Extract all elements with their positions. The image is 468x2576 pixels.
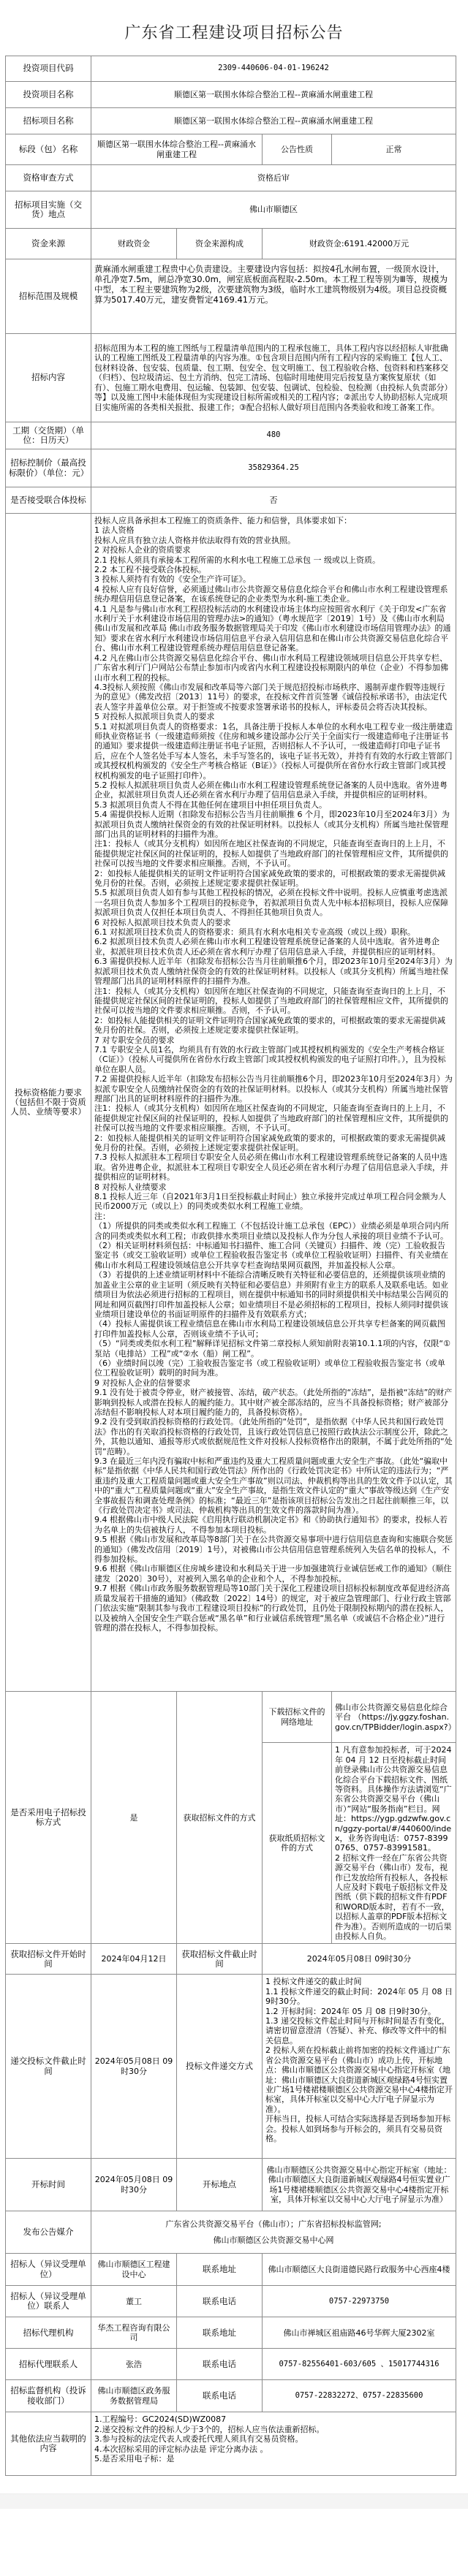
media-value: 广东省公共资源交易平台（佛山市）；广东省招标投标监管网; 佛山市顺德区公共资源交… bbox=[91, 2211, 456, 2254]
agency-value: 华杰工程咨询有限公司 bbox=[91, 2317, 177, 2349]
opening-place-value: 佛山市顺德区公共资源交易中心指定开标室（地址：佛山市顺德区大良街道新城区观绿路4… bbox=[263, 2159, 456, 2211]
tenderer-label: 招标人（异议受理单位） bbox=[6, 2254, 91, 2286]
media-line-2: 佛山市顺德区公共资源交易中心网 bbox=[94, 2235, 453, 2245]
row-opening: 开标时间 2024年05月08日 09时30分 开标地点 佛山市顺德区公共资源交… bbox=[6, 2159, 456, 2211]
submit-deadline-value: 2024年05月08日 09时30分 bbox=[91, 1975, 177, 2159]
notice-nature-label: 公告性质 bbox=[263, 134, 332, 165]
row-consortium: 是否接受联合体投标 否 bbox=[6, 487, 456, 514]
notice-page: 广东省工程建设项目招标公告 投资项目代码 2309-440606-04-01-1… bbox=[0, 0, 468, 2538]
label: 资金来源 bbox=[6, 229, 91, 259]
location-value: 佛山市顺德区 bbox=[91, 191, 456, 229]
scope-value: 黄麻涌水闸重建工程贵中心负责建设。主要建设内容包括：拟按4孔水闸布置，一级顶水设… bbox=[91, 259, 456, 334]
label: 投资项目名称 bbox=[6, 82, 91, 108]
paper-method-label: 获取纸质招标文件的方式 bbox=[263, 1743, 332, 1944]
row-fund-source: 资金来源 财政资金 资金来源构成 财政资金:6191.42000万元 bbox=[6, 229, 456, 259]
qualification-review-value: 资格后审 bbox=[91, 165, 456, 191]
obtain-start-label: 获取招标文件开始时间 bbox=[6, 1944, 91, 1975]
row-agency-contact: 招标代理联系人 张浩 联系电话 0757-82556401-603/605 、1… bbox=[6, 2349, 456, 2380]
agency-addr-value: 佛山市禅城区祖庙路46号华辉大厦2302室 bbox=[263, 2317, 456, 2349]
row-tenderer-contact: 招标人（异议受理单位）联系人 董工 联系电话 0757-22973750 bbox=[6, 2286, 456, 2317]
submit-deadline-label: 递交投标文件截止时间 bbox=[6, 1975, 91, 2159]
tenderer-contact-label: 招标人（异议受理单位）联系人 bbox=[6, 2286, 91, 2317]
submit-method-value: 1 投标文件递交的截止时间 1.1 投标文件递交的截止时间：2024年 05 月… bbox=[263, 1975, 456, 2159]
row-duration: 工期（交货期）（单位：日历天） 480 bbox=[6, 422, 456, 449]
content-value: 招标范围为本工程的施工图纸与工程量清单范围内的工程承包施工，具体工程内容以经招标… bbox=[91, 334, 456, 422]
tender-project-name-value: 顺德区第一联围水体综合整治工程--黄麻涌水闸重建工程 bbox=[91, 108, 456, 134]
other-value: 1.工程编号：GC2024(SD)WZ0087 2.递交投标文件的投标人少于3个… bbox=[91, 2412, 456, 2476]
label: 标段（包）名称 bbox=[6, 134, 91, 165]
electronic-value: 是 bbox=[91, 1692, 177, 1944]
paper-method-value: 1 凡有意参加投标者，可于2024年 04 月 12 日至投标截止时间前登录佛山… bbox=[332, 1743, 456, 1944]
row-electronic-download: 是否采用电子招标投标方式 是 获取招标文件的方式 下载招标文件的网络地址 佛山市… bbox=[6, 1692, 456, 1743]
opening-time-value: 2024年05月08日 09时30分 bbox=[91, 2159, 177, 2211]
label: 投标资格能力要求（包括但不限于资质人员、业绩等要求） bbox=[6, 514, 91, 1692]
row-project-code: 投资项目代码 2309-440606-04-01-196242 bbox=[6, 56, 456, 82]
tenderer-phone-label: 联系电话 bbox=[177, 2286, 263, 2317]
electronic-label: 是否采用电子招标投标方式 bbox=[6, 1692, 91, 1944]
label: 招标范围及规模 bbox=[6, 259, 91, 334]
fund-composition-label: 资金来源构成 bbox=[177, 229, 263, 259]
tenderer-value: 佛山市顺德区工程建设中心 bbox=[91, 2254, 177, 2286]
label: 招标内容 bbox=[6, 334, 91, 422]
fund-source-value: 财政资金 bbox=[91, 229, 177, 259]
project-code-value: 2309-440606-04-01-196242 bbox=[91, 56, 456, 82]
supervisor-label: 招标监督机构（投诉接收部门） bbox=[6, 2380, 91, 2412]
label: 资格审查方式 bbox=[6, 165, 91, 191]
tenderer-phone-value: 0757-22973750 bbox=[263, 2286, 456, 2317]
qualification-value: 投标人应具备承担本工程施工的资质条件、能力和信誉，具体要求如下： 1 法人资格 … bbox=[91, 514, 456, 1692]
obtain-end-label: 获取招标文件截止时间 bbox=[177, 1944, 263, 1975]
row-section-name: 标段（包）名称 顺德区第一联围水体综合整治工程--黄麻涌水闸重建工程 公告性质 … bbox=[6, 134, 456, 165]
obtain-start-value: 2024年04月12日 bbox=[91, 1944, 177, 1975]
row-tenderer: 招标人（异议受理单位） 佛山市顺德区工程建设中心 联系地址 佛山市顺德区大良街道… bbox=[6, 2254, 456, 2286]
label: 是否接受联合体投标 bbox=[6, 487, 91, 514]
download-url-label: 下载招标文件的网络地址 bbox=[263, 1692, 332, 1743]
fund-composition-value: 财政资金:6191.42000万元 bbox=[263, 229, 456, 259]
row-submit: 递交投标文件截止时间 2024年05月08日 09时30分 投标文件递交方式 1… bbox=[6, 1975, 456, 2159]
row-supervisor: 招标监督机构（投诉接收部门） 佛山市顺德区政务服务数据管理局 联系电话 0757… bbox=[6, 2380, 456, 2412]
row-content: 招标内容 招标范围为本工程的施工图纸与工程量清单范围内的工程承包施工，具体工程内… bbox=[6, 334, 456, 422]
row-agency: 招标代理机构 华杰工程咨询有限公司 联系地址 佛山市禅城区祖庙路46号华辉大厦2… bbox=[6, 2317, 456, 2349]
row-control-price: 招标控制价（最高投标限价）（单位：元） 35829364.25 bbox=[6, 449, 456, 487]
agency-label: 招标代理机构 bbox=[6, 2317, 91, 2349]
row-qualification: 投标资格能力要求（包括但不限于资质人员、业绩等要求） 投标人应具备承担本工程施工… bbox=[6, 514, 456, 1692]
footer-bar bbox=[0, 2493, 468, 2509]
opening-time-label: 开标时间 bbox=[6, 2159, 91, 2211]
label: 招标控制价（最高投标限价）（单位：元） bbox=[6, 449, 91, 487]
section-name-value: 顺德区第一联围水体综合整治工程--黄麻涌水闸重建工程 bbox=[91, 134, 263, 165]
tenderer-addr-value: 佛山市顺德区大良街道德民路行政服务中心西座4楼 bbox=[263, 2254, 456, 2286]
row-project-name: 投资项目名称 顺德区第一联围水体综合整治工程--黄麻涌水闸重建工程 bbox=[6, 82, 456, 108]
supervisor-phone-label: 联系电话 bbox=[177, 2380, 263, 2412]
supervisor-value: 佛山市顺德区政务服务数据管理局 bbox=[91, 2380, 177, 2412]
row-location: 招标项目实施（交货）地点 佛山市顺德区 bbox=[6, 191, 456, 229]
row-media: 发布公告媒介 广东省公共资源交易平台（佛山市）；广东省招标投标监管网; 佛山市顺… bbox=[6, 2211, 456, 2254]
submit-method-label: 投标文件递交方式 bbox=[177, 1975, 263, 2159]
row-qualification-review: 资格审查方式 资格后审 bbox=[6, 165, 456, 191]
obtain-method-label: 获取招标文件的方式 bbox=[177, 1692, 263, 1944]
row-other: 其他依法应当载明的内容 1.工程编号：GC2024(SD)WZ0087 2.递交… bbox=[6, 2412, 456, 2476]
row-scope: 招标范围及规模 黄麻涌水闸重建工程贵中心负责建设。主要建设内容包括：拟按4孔水闸… bbox=[6, 259, 456, 334]
row-obtain-time: 获取招标文件开始时间 2024年04月12日 获取招标文件截止时间 2024年0… bbox=[6, 1944, 456, 1975]
page-title: 广东省工程建设项目招标公告 bbox=[0, 20, 468, 43]
row-tender-project-name: 招标项目名称 顺德区第一联围水体综合整治工程--黄麻涌水闸重建工程 bbox=[6, 108, 456, 134]
tenderer-contact-value: 董工 bbox=[91, 2286, 177, 2317]
consortium-value: 否 bbox=[91, 487, 456, 514]
label: 招标项目实施（交货）地点 bbox=[6, 191, 91, 229]
notice-table: 投资项目代码 2309-440606-04-01-196242 投资项目名称 顺… bbox=[5, 56, 456, 2476]
media-line-1: 广东省公共资源交易平台（佛山市）；广东省招标投标监管网; bbox=[94, 2219, 453, 2229]
agency-contact-label: 招标代理联系人 bbox=[6, 2349, 91, 2380]
tenderer-addr-label: 联系地址 bbox=[177, 2254, 263, 2286]
duration-value: 480 bbox=[91, 422, 456, 449]
supervisor-phone-value: 0757-22832272、0757-22835600 bbox=[263, 2380, 456, 2412]
agency-addr-label: 联系地址 bbox=[177, 2317, 263, 2349]
label: 工期（交货期）（单位：日历天） bbox=[6, 422, 91, 449]
agency-phone-label: 联系电话 bbox=[177, 2349, 263, 2380]
project-name-value: 顺德区第一联围水体综合整治工程--黄麻涌水闸重建工程 bbox=[91, 82, 456, 108]
label: 招标项目名称 bbox=[6, 108, 91, 134]
other-label: 其他依法应当载明的内容 bbox=[6, 2412, 91, 2476]
notice-nature-value: 正常 bbox=[332, 134, 456, 165]
control-price-value: 35829364.25 bbox=[91, 449, 456, 487]
agency-contact-value: 张浩 bbox=[91, 2349, 177, 2380]
label: 投资项目代码 bbox=[6, 56, 91, 82]
obtain-end-value: 2024年05月08日 09时30分 bbox=[263, 1944, 456, 1975]
opening-place-label: 开标地点 bbox=[177, 2159, 263, 2211]
agency-phone-value: 0757-82556401-603/605 、15017744316 bbox=[263, 2349, 456, 2380]
media-label: 发布公告媒介 bbox=[6, 2211, 91, 2254]
download-url-value[interactable]: 佛山市公共资源交易信息化综合平台 （https://jy.ggzy.foshan… bbox=[332, 1692, 456, 1743]
